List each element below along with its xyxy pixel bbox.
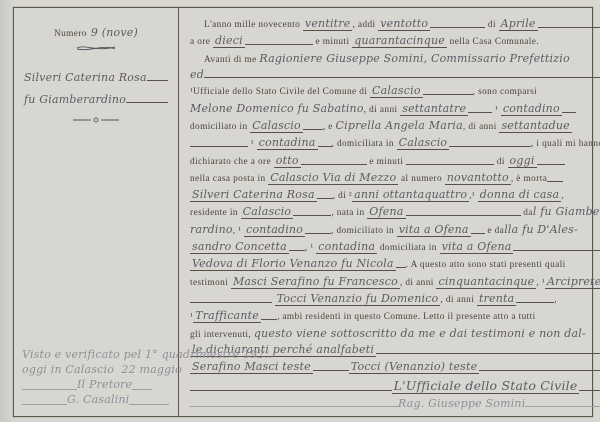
handwritten-text: Silveri Caterina Rosa	[24, 71, 147, 84]
printed-text: dichiarato che a ore	[190, 157, 274, 167]
blank-rule	[449, 137, 531, 147]
blank-rule	[525, 397, 600, 407]
document-line: Avanti di me Ragioniere Giuseppe Somini,…	[190, 52, 600, 65]
document-line: Serafino Masci testeTocci (Venanzio) tes…	[190, 360, 600, 374]
printed-text: , di anni	[400, 278, 437, 288]
printed-text: ,	[561, 191, 564, 201]
printed-text: ,¹	[469, 191, 478, 201]
blank-rule	[423, 85, 473, 95]
handwritten-text: contadina	[257, 136, 318, 150]
printed-text: gli intervenuti,	[190, 330, 254, 340]
handwritten-text: ed	[190, 68, 204, 81]
blank-rule	[190, 293, 272, 303]
handwritten-text: Visto e verificato pel 1° quadrimestre 1…	[22, 348, 272, 361]
document-line: Vedova di Florio Venanzo fu Nicola. A qu…	[190, 257, 600, 271]
blank-rule	[22, 395, 67, 405]
handwritten-text: Calascio	[397, 136, 450, 150]
printed-text: e minuti	[313, 37, 352, 47]
handwritten-text: novantotto	[445, 171, 511, 185]
printed-text: , i quali mi hanno	[531, 139, 600, 149]
blank-rule	[190, 137, 248, 147]
document-line: nella casa posta in Calascio Via di Mezz…	[190, 171, 600, 185]
printed-text: nella casa posta in	[190, 174, 268, 184]
blank-rule	[376, 344, 600, 354]
handwritten-text: settantadue	[499, 119, 571, 133]
handwritten-text: Calascio Via di Mezzo	[268, 171, 398, 185]
handwritten-text: anni ottantaquattro	[352, 188, 469, 202]
handwritten-text: cinquantacinque	[436, 275, 536, 289]
document-line: domiciliato in Calascio, e Ciprella Ange…	[190, 119, 600, 133]
blank-rule	[289, 241, 305, 251]
handwritten-text: Masci Serafino fu Francesco	[231, 275, 400, 289]
printed-text: , ¹	[305, 243, 316, 253]
printed-text: a ore	[190, 37, 213, 47]
handwritten-text: Ciprella Angela Maria	[336, 119, 463, 132]
handwritten-text: G. Casalini	[67, 393, 129, 406]
printed-text: testimoni	[190, 278, 231, 288]
blank-rule	[468, 103, 492, 113]
printed-text: , sono comparsi	[473, 87, 538, 97]
printed-text: L'anno mille novecento	[204, 20, 303, 30]
handwritten-text: ventotto	[378, 17, 430, 31]
document-sheet: Numero 9 (nove) Silveri Caterina Rosa fu…	[13, 7, 593, 417]
document-line: Il Pretore	[22, 378, 174, 393]
handwritten-text: Calascio	[250, 119, 303, 133]
blank-rule	[190, 381, 392, 391]
printed-text: , ¹	[233, 226, 244, 236]
blank-rule	[396, 258, 406, 268]
margin-deceased-patronymic: fu Giamberardino	[24, 93, 168, 106]
blank-rule	[301, 155, 367, 165]
printed-text: , di anni	[440, 295, 477, 305]
flourish-ornament	[71, 116, 121, 124]
handwritten-text: Calascio	[241, 205, 294, 219]
handwritten-text: oggi in Calascio 22 maggio	[22, 363, 182, 376]
blank-rule	[293, 206, 331, 216]
printed-text: , è morta	[511, 174, 547, 184]
handwritten-text: Rag. Giuseppe Somini	[398, 397, 525, 410]
blank-rule	[305, 224, 331, 234]
document-line: Melone Domenico fu Sabatino, di anni set…	[190, 102, 600, 116]
blank-rule	[22, 380, 77, 390]
blank-rule	[537, 155, 565, 165]
scanned-document-page: Numero 9 (nove) Silveri Caterina Rosa fu…	[0, 0, 600, 422]
handwritten-text: otto	[274, 154, 301, 168]
document-line: L'Ufficiale dello Stato Civile	[190, 378, 600, 394]
blank-rule	[471, 224, 485, 234]
printed-text: ,	[554, 295, 557, 305]
blank-rule	[547, 172, 563, 182]
blank-rule	[513, 241, 600, 251]
handwritten-text: rardino	[190, 223, 233, 236]
handwritten-text: Arciprete	[545, 275, 600, 289]
blank-rule	[318, 137, 332, 147]
handwritten-text: vita a Ofena	[397, 223, 471, 237]
document-line: G. Casalini	[22, 393, 174, 408]
printed-text: , domiciliato in	[331, 226, 397, 236]
handwritten-text: Calascio	[370, 84, 423, 98]
handwritten-text: Serafino Masci teste	[190, 360, 313, 374]
printed-text: , di ²	[333, 191, 352, 201]
handwritten-text: lla fu D'Ales-	[504, 223, 578, 236]
numero-row: Numero 9 (nove)	[14, 23, 178, 53]
handwritten-text: questo viene sottoscritto da me e dai te…	[254, 327, 586, 340]
numero-value: 9 (nove)	[91, 26, 138, 39]
margin-verification-note: Visto e verificato pel 1° quadrimestre 1…	[22, 348, 174, 408]
blank-rule	[303, 120, 323, 130]
handwritten-text: Vedova di Florio Venanzo fu Nicola	[190, 257, 396, 271]
document-line: ¹ contadina, domiciliata in Calascio, i …	[190, 136, 600, 150]
document-line: gli intervenuti, questo viene sottoscrit…	[190, 327, 600, 340]
document-line: sandro Concetta, ¹ contadina domiciliata…	[190, 240, 600, 254]
printed-text: ¹	[248, 139, 257, 149]
printed-text: ¹Ufficiale dello Stato Civile del Comune…	[190, 87, 370, 97]
blank-rule	[538, 18, 600, 28]
document-line: ¹Ufficiale dello Stato Civile del Comune…	[190, 84, 600, 98]
blank-rule	[317, 189, 333, 199]
handwritten-text: sandro Concetta	[190, 240, 289, 254]
handwritten-text: dieci	[213, 34, 245, 48]
handwritten-text: Ofena	[367, 205, 405, 219]
document-line: Visto e verificato pel 1° quadrimestre 1…	[22, 348, 174, 363]
blank-rule	[129, 395, 169, 405]
printed-text: e da	[485, 226, 505, 236]
blank-rule	[190, 397, 398, 407]
handwritten-text: quarantacinque	[352, 34, 447, 48]
printed-text: al numero	[398, 174, 444, 184]
document-line: Tocci Venanzio fu Domenico, di anni tren…	[190, 292, 600, 306]
blank-rule	[261, 310, 277, 320]
blank-rule	[313, 361, 349, 371]
blank-rule	[579, 381, 600, 391]
document-line: oggi in Calascio 22 maggio	[22, 363, 174, 378]
handwritten-text: contadina	[316, 240, 377, 254]
handwritten-text: Il Pretore	[77, 378, 132, 391]
printed-text: domiciliata in	[377, 243, 439, 253]
blank-rule	[562, 103, 576, 113]
printed-text: residente in	[190, 208, 241, 218]
document-line: ¹Trafficante, ambi residenti in questo C…	[190, 309, 600, 323]
handwritten-text: trenta	[477, 292, 516, 306]
handwritten-text: oggi	[508, 154, 537, 168]
blank-rule	[516, 293, 554, 303]
printed-text: , addì	[352, 20, 378, 30]
printed-text: , e	[323, 122, 336, 132]
document-line: rardino, ¹ contadino, domiciliato in vit…	[190, 223, 600, 237]
handwritten-text: fu Giamberardino	[24, 93, 126, 106]
handwritten-text: settantatre	[400, 102, 468, 116]
document-line: ed	[190, 68, 600, 81]
handwritten-text: contadino	[501, 102, 562, 116]
blank-rule	[126, 93, 168, 103]
blank-rule	[132, 380, 152, 390]
handwritten-text: Silveri Caterina Rosa	[190, 188, 317, 202]
handwritten-text: Tocci (Venanzio) teste	[349, 360, 480, 374]
handwritten-text: contadino	[244, 223, 305, 237]
printed-text: . A questo atto sono stati presenti qual…	[406, 260, 566, 270]
document-line: Silveri Caterina Rosa, di ²anni ottantaq…	[190, 188, 600, 202]
flourish-ornament	[74, 43, 118, 53]
blank-rule	[406, 155, 494, 165]
printed-text: nella Casa Comunale.	[447, 37, 539, 47]
handwritten-text: ventitre	[303, 17, 353, 31]
handwritten-text: l fu Giambe-	[533, 205, 600, 218]
blank-rule	[406, 206, 521, 216]
printed-text: Avanti di me	[204, 55, 259, 65]
printed-text: , ¹	[536, 278, 545, 288]
document-line: L'anno mille novecento ventitre, addì ve…	[190, 17, 600, 31]
printed-text: , di anni	[364, 105, 401, 115]
printed-text: ¹	[492, 105, 501, 115]
handwritten-text: Tocci Venanzio fu Domenico	[275, 292, 441, 306]
printed-text: , ambi residenti in questo Comune. Letto…	[277, 312, 536, 322]
blank-rule	[245, 35, 313, 45]
handwritten-text: donna di casa	[478, 188, 561, 202]
printed-text: , domiciliata in	[332, 139, 397, 149]
margin-deceased-name: Silveri Caterina Rosa	[24, 71, 168, 84]
printed-text: di	[485, 20, 498, 30]
document-line: a ore dieci e minuti quarantacinque nell…	[190, 34, 600, 48]
printed-text: , nata in	[331, 208, 367, 218]
printed-text: da	[521, 208, 533, 218]
document-line: residente in Calascio, nata in Ofena dal…	[190, 205, 600, 219]
handwritten-text: vita a Ofena	[440, 240, 514, 254]
handwritten-text: Trafficante	[193, 309, 261, 323]
handwritten-text: Aprile	[499, 17, 538, 31]
margin-column: Numero 9 (nove) Silveri Caterina Rosa fu…	[14, 8, 179, 416]
handwritten-text: L'Ufficiale dello Stato Civile	[392, 378, 580, 394]
handwritten-text: Melone Domenico fu Sabatino	[190, 102, 364, 115]
document-line: dichiarato che a ore otto e minuti di og…	[190, 154, 600, 168]
blank-rule	[204, 68, 600, 78]
blank-rule	[479, 361, 600, 371]
printed-text: , di anni	[463, 122, 500, 132]
printed-text: domiciliato in	[190, 122, 250, 132]
printed-text: e minuti	[367, 157, 406, 167]
document-line: testimoni Masci Serafino fu Francesco, d…	[190, 275, 600, 289]
blank-rule	[430, 18, 485, 28]
blank-rule	[147, 71, 168, 81]
document-line: Rag. Giuseppe Somini	[190, 397, 600, 410]
handwritten-text: Ragioniere Giuseppe Somini, Commissario …	[259, 52, 569, 65]
printed-text: di	[494, 157, 507, 167]
numero-label: Numero	[54, 29, 87, 39]
